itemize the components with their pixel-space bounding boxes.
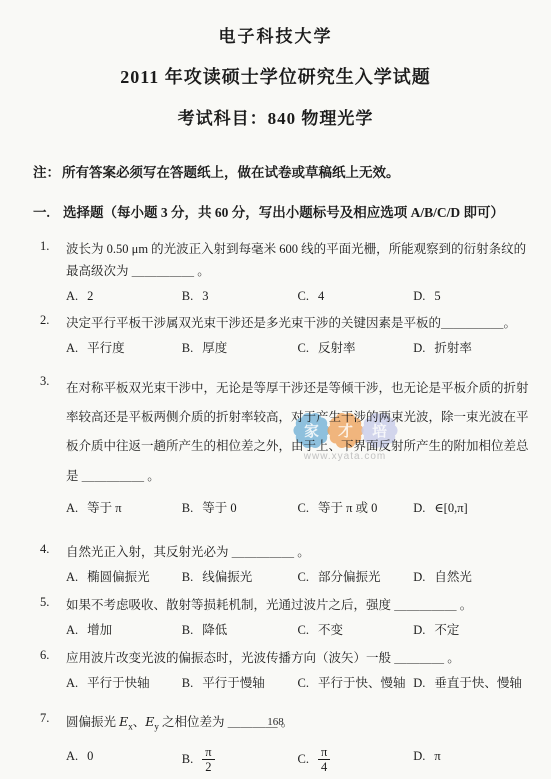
- option-a: A.0: [66, 745, 182, 775]
- question-stem: 如果不考虑吸收、散射等损耗机制，光通过波片之后，强度 ＿＿＿＿＿ 。: [66, 595, 529, 617]
- university-name: 电子科技大学: [0, 22, 551, 47]
- question-stem: 波长为 0.50 μm 的光波正入射到每毫米 600 线的平面光栅，所能观察到的…: [66, 239, 529, 283]
- options-row: A.平行于快轴 B.平行于慢轴 C.平行于快、慢轴 D.垂直于快、慢轴: [66, 672, 529, 695]
- page-content: 电子科技大学 2011 年攻读硕士学位研究生入学试题 考试科目：840 物理光学…: [0, 0, 551, 775]
- options-row: A.等于 π B.等于 0 C.等于 π 或 0 D.∈[0,π]: [66, 497, 529, 520]
- option-c: C.部分偏振光: [298, 566, 414, 589]
- exam-title: 2011 年攻读硕士学位研究生入学试题: [0, 63, 551, 89]
- option-d: D.5: [413, 285, 529, 308]
- question-number: 5.: [40, 595, 66, 641]
- subject-line: 考试科目：840 物理光学: [0, 104, 551, 129]
- option-d: D.∈[0,π]: [413, 497, 529, 520]
- question-number: 3.: [40, 374, 66, 520]
- option-c: C.不变: [298, 619, 414, 642]
- option-b: B.厚度: [182, 337, 298, 360]
- option-d: D.折射率: [413, 337, 529, 360]
- question-body: 决定平行平板干涉属双光束干涉还是多光束干涉的关键因素是平板的＿＿＿＿＿。 A.平…: [66, 313, 529, 359]
- question-body: 波长为 0.50 μm 的光波正入射到每毫米 600 线的平面光栅，所能观察到的…: [66, 239, 529, 307]
- question-1: 1. 波长为 0.50 μm 的光波正入射到每毫米 600 线的平面光栅，所能观…: [40, 239, 529, 307]
- options-row: A.增加 B.降低 C.不变 D.不定: [66, 619, 529, 642]
- exam-header: 电子科技大学 2011 年攻读硕士学位研究生入学试题 考试科目：840 物理光学: [0, 0, 551, 129]
- question-number: 2.: [40, 313, 66, 359]
- note-label: 注：: [33, 165, 60, 180]
- option-c: C.反射率: [298, 337, 414, 360]
- option-d: D.π: [413, 745, 529, 775]
- question-number: 6.: [40, 648, 66, 694]
- question-number: 1.: [40, 239, 66, 307]
- question-3: 3. 在对称平板双光束干涉中，无论是等厚干涉还是等倾干涉，也无论是平板介质的折射…: [40, 374, 529, 520]
- option-a: A.2: [66, 285, 182, 308]
- fraction: π4: [318, 745, 330, 775]
- question-stem: 决定平行平板干涉属双光束干涉还是多光束干涉的关键因素是平板的＿＿＿＿＿。: [66, 313, 529, 335]
- options-row: A.0 B.π2 C.π4 D.π: [66, 745, 529, 775]
- question-2: 2. 决定平行平板干涉属双光束干涉还是多光束干涉的关键因素是平板的＿＿＿＿＿。 …: [40, 313, 529, 359]
- options-row: A.椭圆偏振光 B.线偏振光 C.部分偏振光 D.自然光: [66, 566, 529, 589]
- section-heading: 一. 选择题（每小题 3 分，共 60 分，写出小题标号及相应选项 A/B/C/…: [33, 201, 525, 221]
- question-body: 应用波片改变光波的偏振态时，光波传播方向（波矢）一般 ＿＿＿＿ 。 A.平行于快…: [66, 648, 529, 694]
- option-d: D.不定: [413, 619, 529, 642]
- question-4: 4. 自然光正入射，其反射光必为 ＿＿＿＿＿ 。 A.椭圆偏振光 B.线偏振光 …: [40, 542, 529, 588]
- question-body: 自然光正入射，其反射光必为 ＿＿＿＿＿ 。 A.椭圆偏振光 B.线偏振光 C.部…: [66, 542, 529, 588]
- options-row: A.平行度 B.厚度 C.反射率 D.折射率: [66, 337, 529, 360]
- section-number: 一.: [33, 201, 63, 221]
- question-body: 在对称平板双光束干涉中，无论是等厚干涉还是等倾干涉，也无论是平板介质的折射率较高…: [66, 374, 529, 520]
- option-b: B.等于 0: [182, 497, 298, 520]
- question-body: 如果不考虑吸收、散射等损耗机制，光通过波片之后，强度 ＿＿＿＿＿ 。 A.增加 …: [66, 595, 529, 641]
- option-a: A.平行度: [66, 337, 182, 360]
- question-6: 6. 应用波片改变光波的偏振态时，光波传播方向（波矢）一般 ＿＿＿＿ 。 A.平…: [40, 648, 529, 694]
- option-b: B.线偏振光: [182, 566, 298, 589]
- question-stem: 自然光正入射，其反射光必为 ＿＿＿＿＿ 。: [66, 542, 529, 564]
- option-b: B.π2: [182, 745, 298, 775]
- scanned-exam-page: 家 才 培 www.xyata.com 电子科技大学 2011 年攻读硕士学位研…: [0, 0, 551, 779]
- answer-sheet-note: 注：所有答案必须写在答题纸上，做在试卷或草稿纸上无效。: [33, 161, 521, 181]
- fraction: π2: [202, 745, 214, 775]
- option-d: D.垂直于快、慢轴: [413, 672, 529, 695]
- note-text: 所有答案必须写在答题纸上，做在试卷或草稿纸上无效。: [62, 165, 400, 180]
- option-b: B.平行于慢轴: [182, 672, 298, 695]
- options-row: A.2 B.3 C.4 D.5: [66, 285, 529, 308]
- option-b: B.降低: [182, 619, 298, 642]
- option-c: C.平行于快、慢轴: [298, 672, 414, 695]
- option-c: C.等于 π 或 0: [298, 497, 414, 520]
- option-a: A.增加: [66, 619, 182, 642]
- option-a: A.平行于快轴: [66, 672, 182, 695]
- section-title: 选择题（每小题 3 分，共 60 分，写出小题标号及相应选项 A/B/C/D 即…: [63, 201, 504, 221]
- page-number: 168: [0, 716, 551, 728]
- question-stem: 应用波片改变光波的偏振态时，光波传播方向（波矢）一般 ＿＿＿＿ 。: [66, 648, 529, 670]
- option-c: C.4: [298, 285, 414, 308]
- question-stem: 在对称平板双光束干涉中，无论是等厚干涉还是等倾干涉，也无论是平板介质的折射率较高…: [66, 374, 529, 492]
- option-a: A.椭圆偏振光: [66, 566, 182, 589]
- question-number: 4.: [40, 542, 66, 588]
- question-5: 5. 如果不考虑吸收、散射等损耗机制，光通过波片之后，强度 ＿＿＿＿＿ 。 A.…: [40, 595, 529, 641]
- option-b: B.3: [182, 285, 298, 308]
- option-d: D.自然光: [413, 566, 529, 589]
- option-a: A.等于 π: [66, 497, 182, 520]
- option-c: C.π4: [298, 745, 414, 775]
